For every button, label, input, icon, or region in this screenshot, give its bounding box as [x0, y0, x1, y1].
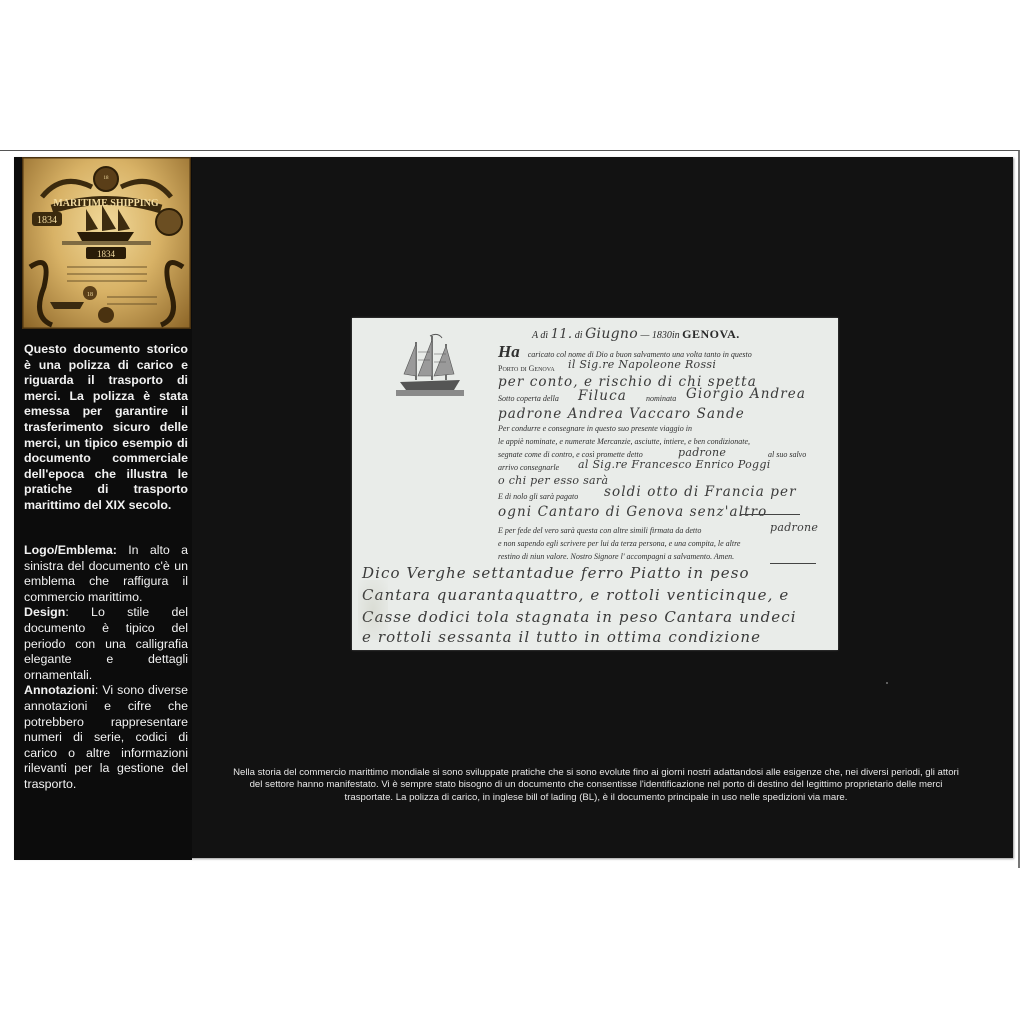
handwritten-cargo-line: e rottoli sessanta il tutto in ottima co…: [362, 628, 761, 646]
emblem-artwork-icon: MARITIME SHIPPING 18 1834 1834 18: [22, 157, 191, 329]
printed-line: Porto di Genova: [498, 364, 555, 373]
handwritten-fill: ogni Cantaro di Genova senz'altro: [498, 504, 767, 520]
svg-text:1834: 1834: [37, 215, 57, 226]
maritime-shipping-emblem: MARITIME SHIPPING 18 1834 1834 18: [22, 157, 191, 329]
sidebar-details: Logo/Emblema: In alto a sinistra del doc…: [24, 543, 188, 793]
city-name: GENOVA.: [682, 327, 740, 341]
detail-text: : Vi sono diverse annotazioni e cifre ch…: [24, 683, 188, 791]
handwritten-fill: Giorgio Andrea: [686, 386, 806, 402]
handwritten-fill: soldi otto di Francia per: [604, 484, 797, 500]
printed-line: le appiè nominate, e numerate Mercanzie,…: [498, 437, 750, 446]
handwritten-cargo-line: Casse dodici tola stagnata in peso Canta…: [362, 608, 797, 626]
printed-line: nominata: [646, 394, 676, 403]
document-date-line: A dì 11. di Giugno — 1830in GENOVA.: [532, 326, 740, 342]
bill-of-lading-document: A dì 11. di Giugno — 1830in GENOVA. Ha c…: [352, 318, 838, 650]
handwritten-month: Giugno: [585, 326, 638, 342]
detail-label: Logo/Emblema:: [24, 543, 117, 557]
detail-annotazioni: Annotazioni: Vi sono diverse annotazioni…: [24, 683, 188, 792]
handwritten-fill: il Sig.re Napoleone Rossi: [568, 358, 716, 371]
handwritten-fill: Filuca: [578, 388, 627, 404]
doc-rule: [740, 514, 800, 515]
ship-engraving-icon: [394, 330, 466, 404]
paper-stain: [358, 580, 388, 640]
svg-text:18: 18: [87, 292, 93, 298]
sidebar-intro-text: Questo documento storico è una polizza d…: [24, 342, 188, 514]
detail-logo-emblem: Logo/Emblema: In alto a sinistra del doc…: [24, 543, 188, 605]
svg-text:MARITIME SHIPPING: MARITIME SHIPPING: [53, 198, 159, 209]
handwritten-fill: padrone Andrea Vaccaro Sande: [498, 406, 745, 422]
svg-text:1834: 1834: [97, 249, 116, 259]
handwritten-fill: o chi per esso sarà: [498, 474, 608, 487]
printed-line: Per condurre e consegnare in questo suo …: [498, 424, 692, 433]
printed-line: al suo salvo: [768, 450, 806, 459]
printed-line: E di nolo gli sarà pagato: [498, 492, 578, 501]
doc-rule: [770, 563, 816, 564]
printed-line: restino di niun valore. Nostro Signore l…: [498, 552, 734, 561]
printed-line: arrivo consegnarle: [498, 463, 559, 472]
handwritten-fill: al Sig.re Francesco Enrico Poggi: [578, 458, 771, 471]
svg-text:18: 18: [104, 176, 110, 181]
detail-label: Design: [24, 605, 65, 619]
handwritten-cargo-line: Cantara quarantaquattro, e rottoli venti…: [362, 586, 789, 604]
printed-line: Sotto coperta della: [498, 394, 559, 403]
detail-label: Annotazioni: [24, 683, 95, 697]
caption-text: Nella storia del commercio marittimo mon…: [226, 767, 966, 804]
handwritten-fill: padrone: [770, 521, 818, 534]
dust-speck: [886, 682, 888, 684]
detail-design: Design: Lo stile del documento è tipico …: [24, 605, 188, 683]
printed-line: e non sapendo egli scrivere per lui da t…: [498, 539, 740, 548]
printed-line: E per fede del vero sarà questa con altr…: [498, 526, 701, 535]
handwritten-cargo-line: Dico Verghe settantadue ferro Piatto in …: [362, 564, 750, 582]
